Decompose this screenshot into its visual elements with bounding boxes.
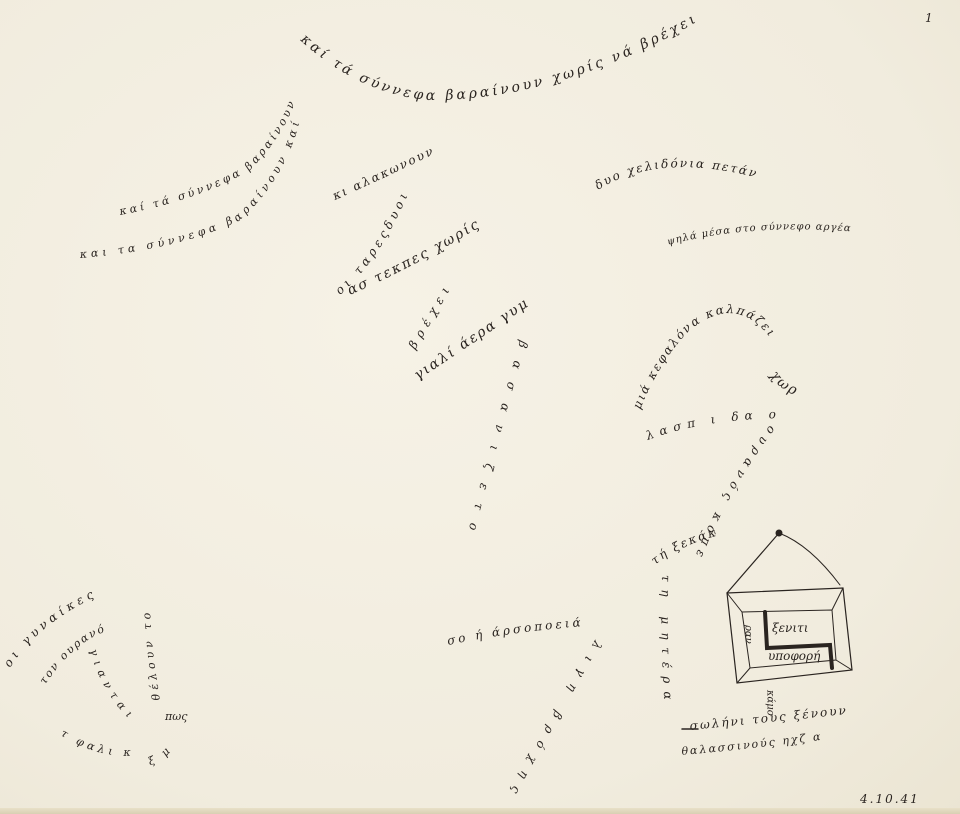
loop-text-1: μιά κεφαλόνα καλπάζει xyxy=(630,302,779,411)
paper-sheet: 1 καί τά σύννεφα βαραίνουν χωρίς νά βρέχ… xyxy=(0,0,960,814)
house-text-2: υποφορή xyxy=(768,649,821,663)
left-loop-text-4: θέλουν το xyxy=(140,608,163,701)
house-text-1: ξενιτι xyxy=(772,621,808,635)
stem-text-3: τη μητέρα xyxy=(658,575,675,708)
left-loop-text-7: ξ μ xyxy=(146,742,175,768)
left-loop-text-5: πως xyxy=(164,710,188,723)
top-arc-text: καί τά σύννεφα βαραίνουν χωρίς νά βρέχει xyxy=(297,10,701,104)
house-side-text: ραν xyxy=(743,624,754,644)
bottom-diagonal-text: λιγη βρόχης xyxy=(503,638,605,805)
diagonal-text-4: βρέχει xyxy=(405,280,455,353)
bottom-right-text-2: θαλασσινούς ηχζ αφ xyxy=(0,0,823,758)
stem-text-1: ουρανός κόπε xyxy=(691,423,779,565)
right-top-text-1: δυο χελιδόνια πετάν xyxy=(592,156,759,192)
left-loop-text-3: γιανται xyxy=(87,647,139,724)
bottom-center-text: σο ή άρσοποειά xyxy=(446,615,584,648)
left-loop-text-1: οι γυναίκες xyxy=(1,586,99,670)
house-drawing: ξενιτι υποφορή ραν κάμο xyxy=(727,530,852,716)
left-arc-text-1: καί τά σύννεφα βαραίνουν xyxy=(117,97,298,218)
calligram-drawing: 1 καί τά σύννεφα βαραίνουν χωρίς νά βρέχ… xyxy=(0,0,960,814)
page-number: 1 xyxy=(925,11,933,25)
left-loop-text-2: τον ουρανόν xyxy=(0,0,108,687)
paper-edge xyxy=(0,808,960,814)
vertical-text: βασανιζετο xyxy=(462,338,530,545)
left-arc-text-2: και τα σύννεφα βαραίνουν καί τά xyxy=(0,0,303,261)
date-text: 4.10.41 xyxy=(859,792,920,806)
diagonal-text-1: κι αλακωνουν xyxy=(329,143,437,203)
right-top-text-2: ψηλά μέσα στο σύννεφο αργέα xyxy=(666,221,852,248)
